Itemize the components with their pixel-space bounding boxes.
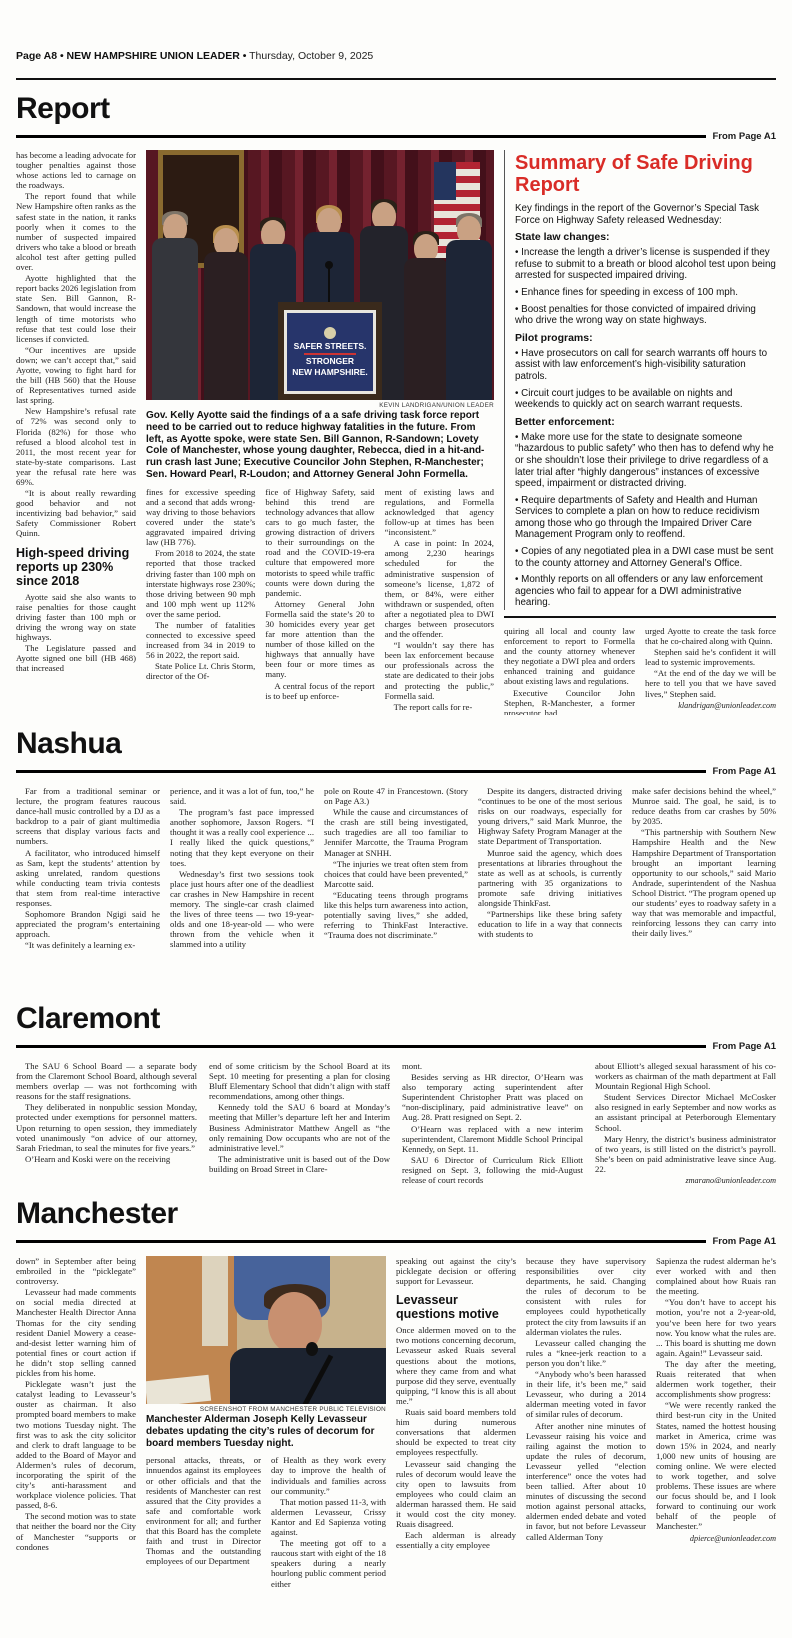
reporter-email: klandrigan@unionleader.com xyxy=(645,701,776,711)
paragraph: Ayotte said she also wants to raise pena… xyxy=(16,592,136,642)
paragraph: “Anybody who’s been harassed in their li… xyxy=(526,1369,646,1419)
manchester-title: Manchester xyxy=(16,1199,776,1229)
paragraph: A facilitator, who introduced himself as… xyxy=(16,848,160,909)
paragraph: has become a leading advocate for toughe… xyxy=(16,150,136,190)
paragraph: State Police Lt. Chris Storm, director o… xyxy=(146,661,255,681)
sidebar-group-items: Have prosecutors on call for search warr… xyxy=(515,348,776,411)
report-rule: From Page A1 xyxy=(16,131,776,142)
nashua-col-2: perience, and it was a lot of fun, too,”… xyxy=(170,786,314,986)
podium-sign: SAFER STREETS. STRONGER NEW HAMPSHIRE. xyxy=(284,310,376,394)
manchester-col4-bottom: Once aldermen moved on to the two motion… xyxy=(396,1325,516,1550)
from-page-label: From Page A1 xyxy=(712,1236,776,1247)
paragraph: “Partnerships like these bring safety ed… xyxy=(478,909,622,939)
paragraph: They deliberated in nonpublic session Mo… xyxy=(16,1102,197,1152)
paragraph: Ruais said board members told him during… xyxy=(396,1407,516,1457)
paragraph: While the cause and circumstances of the… xyxy=(324,807,468,857)
sign-rule xyxy=(304,353,356,355)
sidebar-group-items: Increase the length a driver’s license i… xyxy=(515,247,776,327)
nashua-rule: From Page A1 xyxy=(16,766,776,777)
rule-bar xyxy=(16,1240,706,1244)
paragraph: end of some criticism by the School Boar… xyxy=(209,1061,390,1101)
paragraph: speaking out against the city’s picklega… xyxy=(396,1256,516,1286)
manchester-col-4: speaking out against the city’s picklega… xyxy=(396,1256,516,1638)
manchester-col4-top: speaking out against the city’s picklega… xyxy=(396,1256,516,1286)
paragraph: Sapienza the rudest alderman he’s ever w… xyxy=(656,1256,776,1296)
claremont-col-3: mont.Besides serving as HR director, O’H… xyxy=(402,1061,583,1183)
sidebar-title: Summary of Safe Driving Report xyxy=(515,152,776,196)
manchester-col-6: Sapienza the rudest alderman he’s ever w… xyxy=(656,1256,776,1638)
person-figure xyxy=(204,228,248,400)
paragraph: make safer decisions behind the wheel,” … xyxy=(632,786,776,826)
paragraph: “The injuries we treat often stem from c… xyxy=(324,859,468,889)
paragraph: The meeting got off to a raucous start w… xyxy=(271,1538,386,1588)
bullet-item: Monthly reports on all offenders or any … xyxy=(515,574,776,609)
paragraph: The SAU 6 School Board — a separate body… xyxy=(16,1061,197,1101)
flag-canton xyxy=(434,162,456,200)
section-manchester: Manchester From Page A1 down” in Septemb… xyxy=(16,1185,776,1638)
report-middle: SAFER STREETS. STRONGER NEW HAMPSHIRE. K… xyxy=(146,150,494,715)
paragraph: Each alderman is already essentially a c… xyxy=(396,1530,516,1550)
person-figure xyxy=(152,214,198,400)
sidebar-group-heading: Better enforcement: xyxy=(515,416,776,428)
bullet-item: Have prosecutors on call for search warr… xyxy=(515,348,776,383)
reporter-email: zmarano@unionleader.com xyxy=(595,1176,776,1183)
report-col-2: fines for excessive speeding and a secon… xyxy=(146,487,255,713)
reporter-email: dpierce@unionleader.com xyxy=(656,1534,776,1544)
paragraph: That motion passed 11-3, with aldermen L… xyxy=(271,1497,386,1537)
manchester-middle: SCREENSHOT FROM MANCHESTER PUBLIC TELEVI… xyxy=(146,1256,386,1638)
manchester-photo-caption: Manchester Alderman Joseph Kelly Levasse… xyxy=(146,1414,386,1449)
from-page-label: From Page A1 xyxy=(712,131,776,142)
bullet-item: Copies of any negotiated plea in a DWI c… xyxy=(515,546,776,569)
paragraph: “This partnership with Southern New Hamp… xyxy=(632,827,776,938)
manchester-rule: From Page A1 xyxy=(16,1236,776,1247)
paragraph: Ayotte highlighted that the report backs… xyxy=(16,273,136,344)
manchester-middle-columns: personal attacks, threats, or innuendos … xyxy=(146,1455,386,1589)
sidebar-group-heading: Pilot programs: xyxy=(515,332,776,344)
bullet-item: Circuit court judges to be available on … xyxy=(515,388,776,411)
sidebar-group-heading: State law changes: xyxy=(515,231,776,243)
claremont-body: The SAU 6 School Board — a separate body… xyxy=(16,1061,776,1183)
paragraph: Levasseur called changing the rules a “k… xyxy=(526,1338,646,1368)
paragraph: Stephen said he’s confident it will lead… xyxy=(645,647,776,667)
date-label: Thursday, October 9, 2025 xyxy=(249,50,373,62)
nashua-title: Nashua xyxy=(16,729,776,759)
paragraph: “It is about really rewarding good behav… xyxy=(16,488,136,538)
sidebar-intro: Key findings in the report of the Govern… xyxy=(515,203,776,226)
paragraph: Levasseur had made comments on social me… xyxy=(16,1287,136,1378)
sign-line-3: NEW HAMPSHIRE. xyxy=(292,368,368,377)
nashua-body: Far from a traditional seminar or lectur… xyxy=(16,786,776,986)
paragraph: O’Hearn and Koski were on the receiving xyxy=(16,1154,197,1164)
masthead-line: Page A8 • NEW HAMPSHIRE UNION LEADER • T… xyxy=(16,50,776,62)
manchester-photo xyxy=(146,1256,386,1404)
paragraph: mont. xyxy=(402,1061,583,1071)
paragraph: Mary Henry, the district’s business admi… xyxy=(595,1134,776,1174)
nashua-col-1: Far from a traditional seminar or lectur… xyxy=(16,786,160,986)
newspaper-page: Page A8 • NEW HAMPSHIRE UNION LEADER • T… xyxy=(0,0,792,1638)
claremont-col-4: about Elliott’s alleged sexual harassmen… xyxy=(595,1061,776,1183)
paragraph: “I wouldn’t say there has been lax enfor… xyxy=(385,640,494,701)
paragraph: fines for excessive speeding and a secon… xyxy=(146,487,255,548)
paragraph: The program’s fast pace impressed anothe… xyxy=(170,807,314,868)
safe-driving-summary-box: Summary of Safe Driving Report Key findi… xyxy=(504,150,776,610)
paragraph: Munroe said the agency, which does prese… xyxy=(478,848,622,909)
torso xyxy=(446,240,492,400)
bullet-item: Boost penalties for those convicted of i… xyxy=(515,304,776,327)
paragraph: Picklegate wasn’t just the catalyst lead… xyxy=(16,1379,136,1510)
paragraph: perience, and it was a lot of fun, too,”… xyxy=(170,786,314,806)
report-right: Summary of Safe Driving Report Key findi… xyxy=(504,150,776,715)
torso xyxy=(204,252,248,400)
paragraph: about Elliott’s alleged sexual harassmen… xyxy=(595,1061,776,1091)
paragraph: “Our incentives are upside down; we can’… xyxy=(16,345,136,406)
podium: SAFER STREETS. STRONGER NEW HAMPSHIRE. xyxy=(278,302,382,400)
bullet-item: Increase the length a driver’s license i… xyxy=(515,247,776,282)
paragraph: ment of existing laws and regulations, a… xyxy=(385,487,494,537)
claremont-col4-text: about Elliott’s alleged sexual harassmen… xyxy=(595,1061,776,1174)
report-subhead: High-speed driving reports up 230% since… xyxy=(16,546,136,588)
paragraph: personal attacks, threats, or innuendos … xyxy=(146,1455,261,1566)
manchester-body: down” in September after being embroiled… xyxy=(16,1256,776,1638)
paragraph: The Legislature passed and Ayotte signed… xyxy=(16,643,136,673)
from-page-label: From Page A1 xyxy=(712,766,776,777)
bullet-item: Require departments of Safety and Health… xyxy=(515,495,776,541)
photo-credit: KEVIN LANDRIGAN/UNION LEADER xyxy=(146,402,494,409)
claremont-rule: From Page A1 xyxy=(16,1041,776,1052)
paragraph: Once aldermen moved on to the two motion… xyxy=(396,1325,516,1406)
page-label: Page A8 • NEW HAMPSHIRE UNION LEADER • xyxy=(16,50,246,62)
report-col-4: ment of existing laws and regulations, a… xyxy=(385,487,494,713)
nashua-col-5: make safer decisions behind the wheel,” … xyxy=(632,786,776,986)
paragraph: Wednesday’s first two sessions took plac… xyxy=(170,869,314,950)
paragraph: Attorney General John Formella said the … xyxy=(265,599,374,680)
manchester-col-2: personal attacks, threats, or innuendos … xyxy=(146,1455,261,1589)
manchester-col6-text: Sapienza the rudest alderman he’s ever w… xyxy=(656,1256,776,1532)
report-col-1: has become a leading advocate for toughe… xyxy=(16,150,136,715)
report-body: has become a leading advocate for toughe… xyxy=(16,150,776,715)
report-photo-caption: Gov. Kelly Ayotte said the findings of a… xyxy=(146,410,494,481)
bullet-item: Enhance fines for speeding in excess of … xyxy=(515,287,776,299)
person-figure xyxy=(404,234,448,400)
report-right-columns: quiring all local and county law enforce… xyxy=(504,626,776,715)
paragraph: “We were recently ranked the third best-… xyxy=(656,1400,776,1531)
paragraph: urged Ayotte to create the task force th… xyxy=(645,626,776,646)
paragraph: From 2018 to 2024, the state reported th… xyxy=(146,548,255,619)
report-col6-text: urged Ayotte to create the task force th… xyxy=(645,626,776,699)
report-photo: SAFER STREETS. STRONGER NEW HAMPSHIRE. xyxy=(146,150,494,400)
bullet-item: Make more use for the state to designate… xyxy=(515,432,776,490)
report-col-5: quiring all local and county law enforce… xyxy=(504,626,635,715)
paragraph: The day after the meeting, Ruais reitera… xyxy=(656,1359,776,1399)
paragraph: Student Services Director Michael McCosk… xyxy=(595,1092,776,1132)
sign-line-1: SAFER STREETS. xyxy=(294,342,367,351)
report-col-6: urged Ayotte to create the task force th… xyxy=(645,626,776,715)
report-col1-bottom: Ayotte said she also wants to raise pena… xyxy=(16,592,136,674)
paragraph: The report calls for re- xyxy=(385,702,494,712)
paragraph: of Health as they work every day to impr… xyxy=(271,1455,386,1495)
paragraph: “At the end of the day we will be here t… xyxy=(645,668,776,698)
paragraph: The administrative unit is based out of … xyxy=(209,1154,390,1174)
manchester-col-3: of Health as they work every day to impr… xyxy=(271,1455,386,1589)
paragraph: down” in September after being embroiled… xyxy=(16,1256,136,1286)
paragraph: “You don’t have to accept his motion, yo… xyxy=(656,1297,776,1358)
paragraph: Besides serving as HR director, O’Hearn … xyxy=(402,1072,583,1122)
microphone-head-icon xyxy=(306,1342,318,1356)
paragraph: SAU 6 Director of Curriculum Rick Elliot… xyxy=(402,1155,583,1183)
paragraph: Sophomore Brandon Ngigi said he apprecia… xyxy=(16,909,160,939)
report-title: Report xyxy=(16,94,776,124)
rule-bar xyxy=(16,135,706,139)
paragraph: Levasseur said changing the rules of dec… xyxy=(396,1459,516,1530)
paragraph: quiring all local and county law enforce… xyxy=(504,626,635,687)
report-col1-top: has become a leading advocate for toughe… xyxy=(16,150,136,539)
sidebar-end-rule xyxy=(504,616,776,618)
door-frame xyxy=(202,1256,228,1346)
paragraph: “Educating teens through programs like t… xyxy=(324,890,468,940)
paragraph: O’Hearn was replaced with a new interim … xyxy=(402,1124,583,1154)
report-middle-columns: fines for excessive speeding and a secon… xyxy=(146,487,494,713)
sidebar-group-items: Make more use for the state to designate… xyxy=(515,432,776,610)
torso xyxy=(152,238,198,400)
paragraph: “It was definitely a learning ex- xyxy=(16,940,160,950)
paragraph: fice of Highway Safety, said behind this… xyxy=(265,487,374,598)
paragraph: The second motion was to state that neit… xyxy=(16,1511,136,1551)
from-page-label: From Page A1 xyxy=(712,1041,776,1052)
paragraph: A central focus of the report is to beef… xyxy=(265,681,374,701)
masthead: Page A8 • NEW HAMPSHIRE UNION LEADER • T… xyxy=(16,0,776,80)
paragraph: Kennedy told the SAU 6 board at Monday’s… xyxy=(209,1102,390,1152)
paragraph: A case in point: In 2024, among 2,230 he… xyxy=(385,538,494,639)
manchester-col-1: down” in September after being embroiled… xyxy=(16,1256,136,1638)
manchester-subhead: Levasseur questions motive xyxy=(396,1293,516,1321)
section-nashua: Nashua From Page A1 Far from a tradition… xyxy=(16,715,776,990)
torso xyxy=(404,258,448,400)
manchester-col-5: because they have supervisory responsibi… xyxy=(526,1256,646,1638)
claremont-col-1: The SAU 6 School Board — a separate body… xyxy=(16,1061,197,1183)
paragraph: Far from a traditional seminar or lectur… xyxy=(16,786,160,847)
paragraph: After another nine minutes of Levasseur … xyxy=(526,1421,646,1542)
section-claremont: Claremont From Page A1 The SAU 6 School … xyxy=(16,990,776,1185)
nashua-col-3: pole on Route 47 in Francestown. (Story … xyxy=(324,786,468,986)
rule-bar xyxy=(16,770,706,774)
person-figure xyxy=(446,216,492,400)
paragraph: The number of fatalities connected to ex… xyxy=(146,620,255,660)
paragraph: The report found that while New Hampshir… xyxy=(16,191,136,272)
photo-credit: SCREENSHOT FROM MANCHESTER PUBLIC TELEVI… xyxy=(146,1406,386,1413)
rule-bar xyxy=(16,1045,706,1049)
paragraph: New Hampshire’s refusal rate of 72% was … xyxy=(16,406,136,487)
paragraph: pole on Route 47 in Francestown. (Story … xyxy=(324,786,468,806)
nashua-col-4: Despite its dangers, distracted driving … xyxy=(478,786,622,986)
paragraph: Despite its dangers, distracted driving … xyxy=(478,786,622,847)
paragraph: because they have supervisory responsibi… xyxy=(526,1256,646,1337)
paper xyxy=(146,1375,211,1404)
claremont-title: Claremont xyxy=(16,1004,776,1034)
state-seal-icon xyxy=(324,327,336,339)
paragraph: Executive Councilor John Stephen, R-Manc… xyxy=(504,688,635,715)
claremont-col-2: end of some criticism by the School Boar… xyxy=(209,1061,390,1183)
report-col-3: fice of Highway Safety, said behind this… xyxy=(265,487,374,713)
section-report: Report From Page A1 has become a leading… xyxy=(16,80,776,715)
sign-line-2: STRONGER xyxy=(306,357,354,366)
